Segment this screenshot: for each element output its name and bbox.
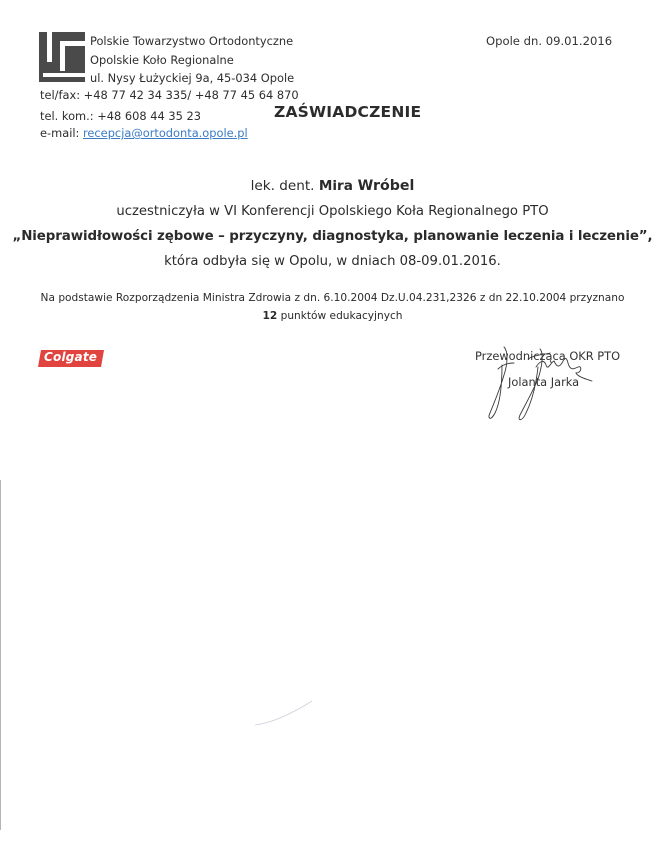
points-label: punktów edukacyjnych — [277, 310, 402, 322]
pto-logo-icon — [39, 32, 85, 82]
scan-edge-artifact — [0, 480, 1, 830]
email-line: e-mail: recepcja@ortodonta.opole.pl — [40, 126, 248, 140]
recipient-prefix: lek. dent. — [251, 178, 319, 194]
sponsor-name: Colgate — [44, 350, 97, 364]
participation-statement: uczestniczyła w VI Konferencji Opolskieg… — [0, 204, 665, 219]
recipient-first-name: Mira — [319, 178, 358, 194]
organization-address: ul. Nysy Łużyckiej 9a, 45-034 Opole — [90, 71, 294, 85]
organization-name: Polskie Towarzystwo Ortodontyczne — [90, 34, 293, 48]
recipient-line: lek. dent. Mira Wróbel — [0, 178, 665, 194]
document-title: ZAŚWIADCZENIE — [274, 103, 421, 121]
event-details: która odbyła się w Opolu, w dniach 08-09… — [0, 254, 665, 269]
legal-basis: Na podstawie Rozporządzenia Ministra Zdr… — [0, 292, 665, 304]
conference-title: „Nieprawidłowości zębowe – przyczyny, di… — [0, 229, 665, 244]
recipient-last-name: Wróbel — [358, 178, 415, 194]
document-date: Opole dn. 09.01.2016 — [486, 34, 612, 48]
mobile-phone: tel. kom.: +48 608 44 35 23 — [40, 109, 201, 123]
points-value: 12 — [262, 310, 277, 322]
organization-branch: Opolskie Koło Regionalne — [90, 53, 234, 67]
handwritten-signature-icon — [478, 345, 598, 425]
email-label: e-mail: — [40, 126, 83, 140]
stray-pen-mark-icon — [250, 695, 320, 730]
tel-fax: tel/fax: +48 77 42 34 335/ +48 77 45 64 … — [40, 88, 299, 102]
education-points: 12 punktów edukacyjnych — [0, 310, 665, 322]
email-link[interactable]: recepcja@ortodonta.opole.pl — [83, 126, 248, 140]
